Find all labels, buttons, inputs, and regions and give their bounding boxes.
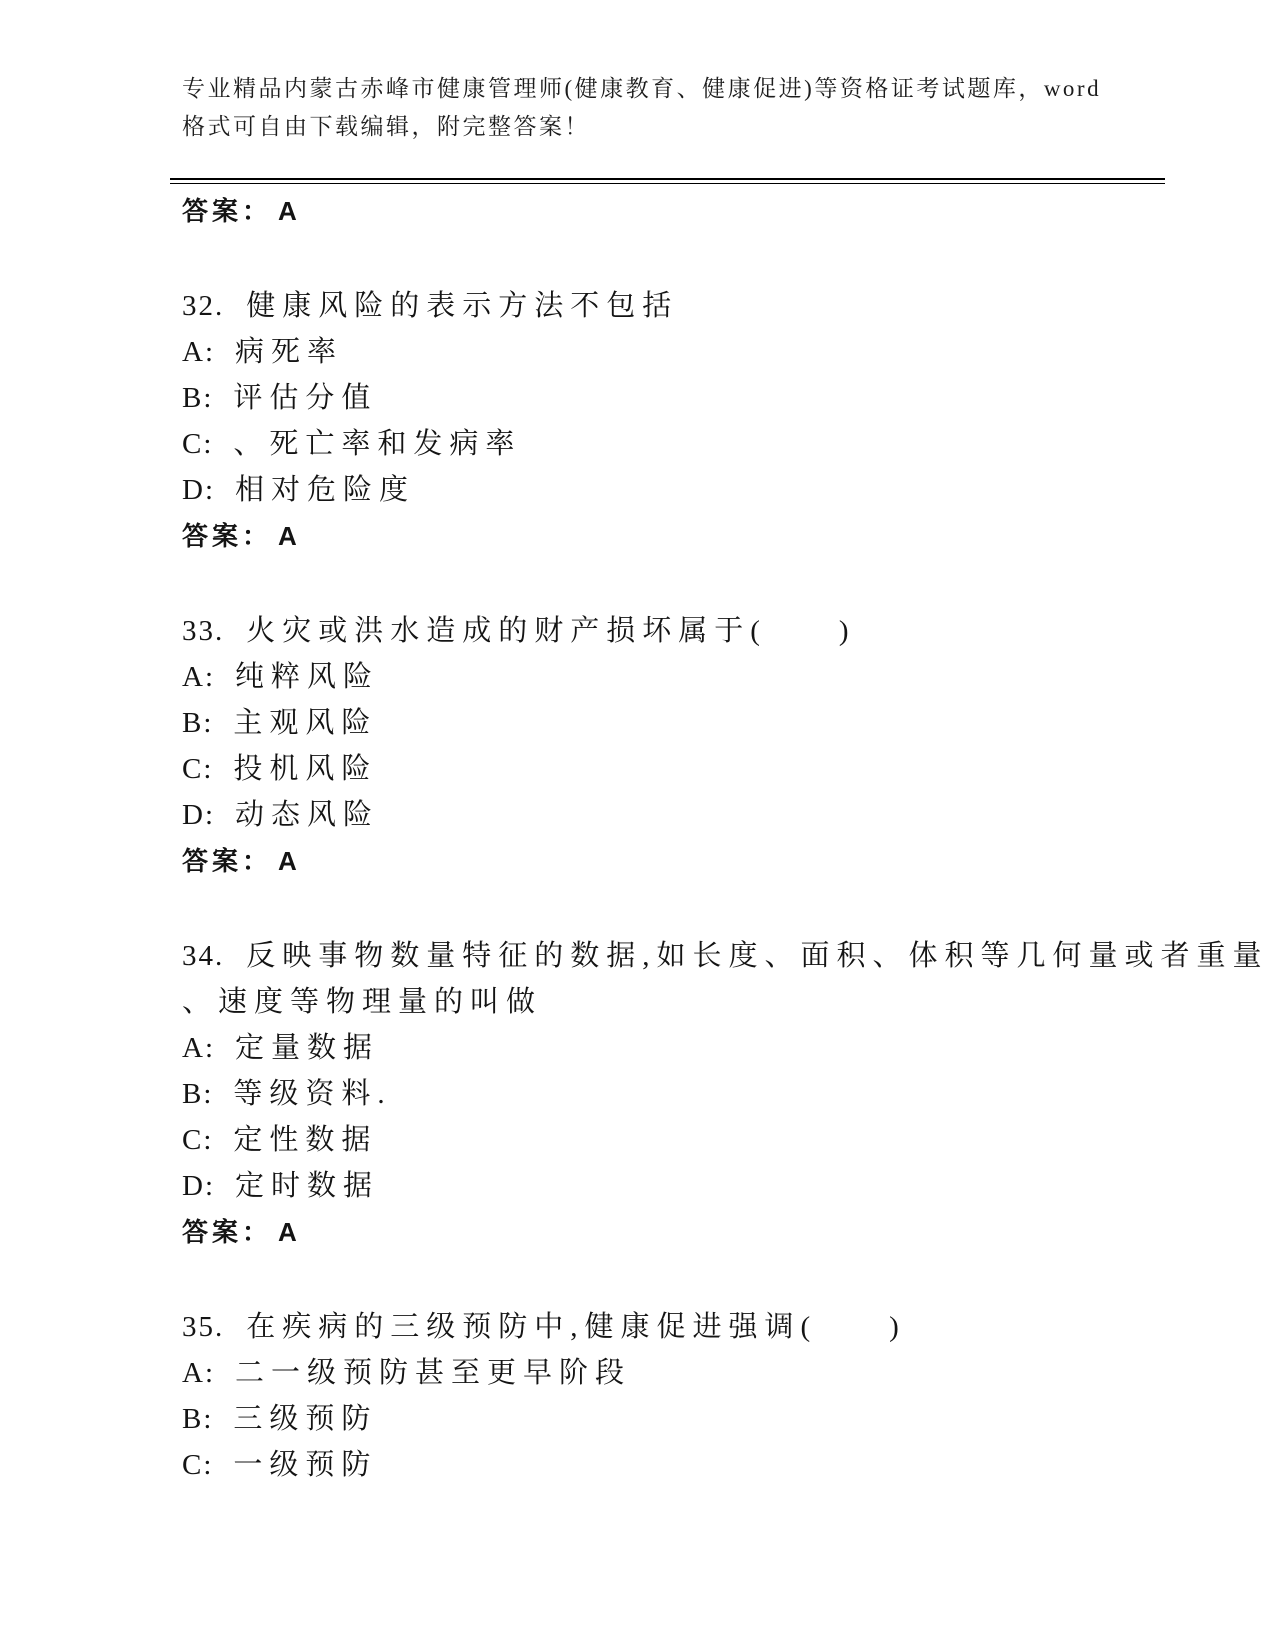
question-text: 33.火灾或洪水造成的财产损坏属于( ) xyxy=(182,608,1180,654)
option-key: C: xyxy=(182,753,213,785)
option-text: 定性数据 xyxy=(233,1124,377,1156)
option-key: B: xyxy=(182,707,213,739)
option-key: D: xyxy=(182,1170,215,1202)
answer-value: A xyxy=(278,521,301,551)
option-text: 等级资料. xyxy=(233,1078,391,1110)
option-text: 相对危险度 xyxy=(235,474,415,506)
option-row: C:投机风险 xyxy=(182,746,1180,792)
answer-line: 答案：A xyxy=(182,1209,1180,1256)
question-number: 34. xyxy=(182,940,224,972)
option-row: B:评估分值 xyxy=(182,375,1180,421)
option-text: 评估分值 xyxy=(233,382,377,414)
option-text: 动态风险 xyxy=(235,799,379,831)
option-text: 投机风险 xyxy=(233,753,377,785)
option-key: B: xyxy=(182,1403,213,1435)
question-32: 32.健康风险的表示方法不包括 A:病死率 B:评估分值 C:、死亡率和发病率 … xyxy=(182,283,1180,560)
question-number: 32. xyxy=(182,290,224,322)
question-35: 35.在疾病的三级预防中,健康促进强调( ) A:二一级预防甚至更早阶段 B:三… xyxy=(182,1304,1180,1488)
option-row: C:定性数据 xyxy=(182,1117,1180,1163)
question-text-continued: 、速度等物理量的叫做 xyxy=(182,979,1180,1025)
answer-line: 答案：A xyxy=(182,188,1180,235)
option-text: 主观风险 xyxy=(233,707,377,739)
option-key: C: xyxy=(182,1124,213,1156)
answer-label: 答案： xyxy=(182,847,272,876)
question-title: 火灾或洪水造成的财产损坏属于( ) xyxy=(246,615,855,647)
answer-label: 答案： xyxy=(182,522,272,551)
option-key: A: xyxy=(182,1032,215,1064)
answer-value: A xyxy=(278,1217,301,1247)
header-line-1: 专业精品内蒙古赤峰市健康管理师(健康教育、健康促进)等资格证考试题库，word xyxy=(182,70,1180,108)
option-row: C:、死亡率和发病率 xyxy=(182,421,1180,467)
option-text: 三级预防 xyxy=(233,1403,377,1435)
option-row: D:动态风险 xyxy=(182,792,1180,838)
option-row: A:病死率 xyxy=(182,329,1180,375)
option-row: B:三级预防 xyxy=(182,1396,1180,1442)
option-text: 病死率 xyxy=(235,336,343,368)
answer-value: A xyxy=(278,846,301,876)
option-key: D: xyxy=(182,799,215,831)
answer-value: A xyxy=(278,196,301,226)
question-title: 在疾病的三级预防中,健康促进强调( ) xyxy=(246,1311,906,1343)
question-title: 健康风险的表示方法不包括 xyxy=(246,290,678,322)
option-row: A:二一级预防甚至更早阶段 xyxy=(182,1350,1180,1396)
answer-line: 答案：A xyxy=(182,838,1180,885)
option-key: B: xyxy=(182,1078,213,1110)
option-key: C: xyxy=(182,1449,213,1481)
option-text: 定量数据 xyxy=(235,1032,379,1064)
question-title: 反映事物数量特征的数据,如长度、面积、体积等几何量或者重量 xyxy=(246,940,1268,972)
option-key: B: xyxy=(182,382,213,414)
option-row: A:定量数据 xyxy=(182,1025,1180,1071)
option-text: 纯粹风险 xyxy=(235,661,379,693)
answer-label: 答案： xyxy=(182,1218,272,1247)
question-text: 32.健康风险的表示方法不包括 xyxy=(182,283,1180,329)
option-key: D: xyxy=(182,474,215,506)
answer-line: 答案：A xyxy=(182,513,1180,560)
question-text: 34.反映事物数量特征的数据,如长度、面积、体积等几何量或者重量 xyxy=(182,933,1180,979)
option-text: 定时数据 xyxy=(235,1170,379,1202)
option-row: B:等级资料. xyxy=(182,1071,1180,1117)
option-text: 二一级预防甚至更早阶段 xyxy=(235,1357,631,1389)
option-row: D:定时数据 xyxy=(182,1163,1180,1209)
header-line-2: 格式可自由下载编辑，附完整答案！ xyxy=(182,108,1180,146)
header-separator-rule xyxy=(170,178,1165,184)
option-row: A:纯粹风险 xyxy=(182,654,1180,700)
question-number: 33. xyxy=(182,615,224,647)
option-key: A: xyxy=(182,336,215,368)
option-key: A: xyxy=(182,1357,215,1389)
answer-label: 答案： xyxy=(182,197,272,226)
question-number: 35. xyxy=(182,1311,224,1343)
option-key: C: xyxy=(182,428,213,460)
page-header: 专业精品内蒙古赤峰市健康管理师(健康教育、健康促进)等资格证考试题库，word … xyxy=(182,70,1180,146)
question-34: 34.反映事物数量特征的数据,如长度、面积、体积等几何量或者重量 、速度等物理量… xyxy=(182,933,1180,1256)
option-key: A: xyxy=(182,661,215,693)
question-text: 35.在疾病的三级预防中,健康促进强调( ) xyxy=(182,1304,1180,1350)
option-row: C:一级预防 xyxy=(182,1442,1180,1488)
option-text: 、死亡率和发病率 xyxy=(233,428,521,460)
option-text: 一级预防 xyxy=(233,1449,377,1481)
option-row: D:相对危险度 xyxy=(182,467,1180,513)
option-row: B:主观风险 xyxy=(182,700,1180,746)
question-33: 33.火灾或洪水造成的财产损坏属于( ) A:纯粹风险 B:主观风险 C:投机风… xyxy=(182,608,1180,885)
document-page: 专业精品内蒙古赤峰市健康管理师(健康教育、健康促进)等资格证考试题库，word … xyxy=(0,0,1275,1650)
